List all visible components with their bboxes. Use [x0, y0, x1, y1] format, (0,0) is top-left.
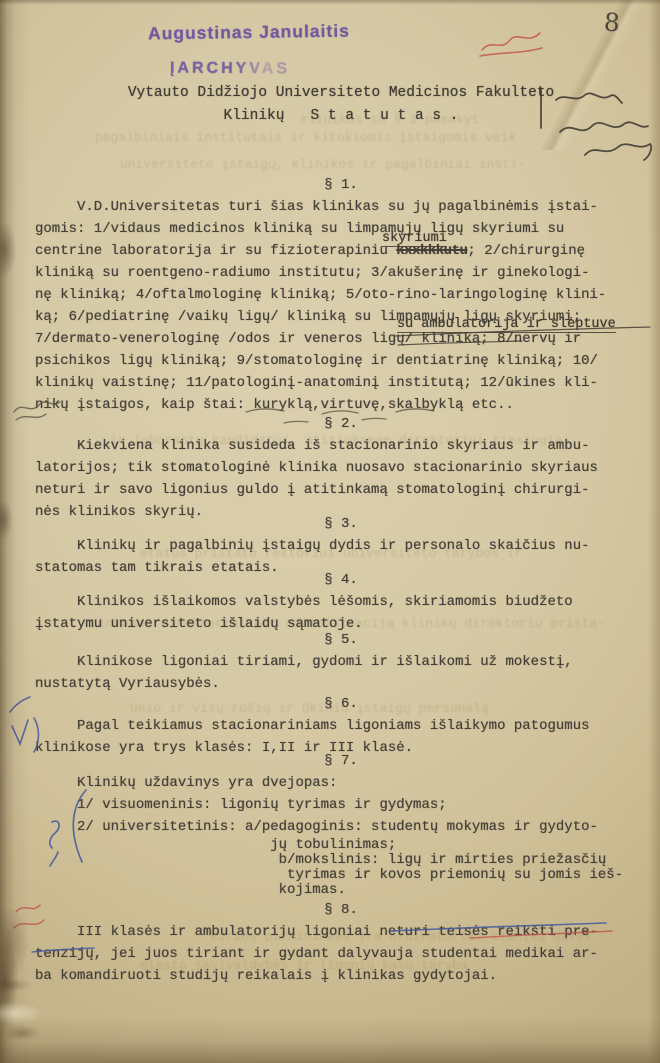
typewritten-line: Klinikų ir pagalbinių įstaigų dydis ir p…: [35, 535, 647, 557]
page-edge-bottom: [0, 1017, 660, 1063]
typewritten-line: latorijos; tik stomatologinė klinika nuo…: [35, 457, 647, 479]
typewritten-line: kliniką su roentgeno-radiumo institutu; …: [35, 262, 647, 284]
line-segment: 2/ universitetinis: a/pedagoginis: stude…: [35, 819, 598, 835]
line-segment: b/mokslinis: ligų ir mirties priežasčių: [35, 852, 606, 868]
line-segment: Klinikose ligoniai tiriami, gydomi ir iš…: [35, 654, 573, 670]
section-1: § 1. V.D.Universitetas turi šias klinika…: [35, 174, 647, 416]
section-heading: § 1.: [35, 174, 647, 196]
typed-insertion-skyriumi: skyriumi: [382, 232, 447, 247]
typed-insertion-ambulatorija: su ambulatorija ir slėptuve: [397, 318, 616, 333]
line-segment: tyrimas ir kovos priemonių su jomis ieš-: [35, 867, 623, 883]
section-2: § 2. Kiekviena klinika susideda iš staci…: [35, 413, 647, 523]
line-segment: latorijos; tik stomatologinė klinika nuo…: [35, 460, 598, 476]
typewritten-line: psichikos ligų kliniką; 9/stomatologinę …: [35, 350, 647, 372]
typewritten-line: nustatytą Vyriausybės.: [35, 673, 647, 695]
section-heading: § 5.: [35, 629, 647, 651]
typewritten-line: Klinikos išlaikomos valstybės lėšomis, s…: [35, 591, 647, 613]
page-edge-top: [0, 0, 660, 5]
line-segment: ; 2/chirurginę: [467, 243, 585, 259]
line-segment: kliniką su roentgeno-radiumo institutu; …: [35, 265, 590, 281]
line-segment: V.D.Universitetas turi šias klinikas su …: [35, 199, 598, 215]
scanned-document-page: klinikos su § 1 pasakytpagalbiniais inst…: [0, 0, 660, 1063]
line-segment: nę kliniką; 4/oftalmologinę kliniką; 5/o…: [35, 287, 606, 303]
typewritten-line: jų tobulinimas;: [35, 838, 647, 853]
page-edge-left: [0, 0, 30, 1063]
document-title-line2: Klinikų S t a t u t a s .: [35, 108, 647, 124]
section-heading: § 6.: [35, 693, 647, 715]
section-heading: § 4.: [35, 569, 647, 591]
line-segment: Klinikos išlaikomos valstybės lėšomis, s…: [35, 594, 573, 610]
typewritten-line: gomis: 1/vidaus medicinos kliniką su lim…: [35, 218, 647, 240]
line-segment: nustatytą Vyriausybės.: [35, 676, 220, 692]
line-segment: nikų įstaigos, kaip štai: kuryklą,virtuv…: [35, 397, 514, 413]
typewritten-line: V.D.Universitetas turi šias klinikas su …: [35, 196, 647, 218]
typewritten-line: Klinikų uždavinys yra dvejopas:: [35, 772, 647, 794]
page-edge-right: [648, 0, 660, 1063]
line-segment: klinikų vaistinę; 11/patologinį-anatomin…: [35, 375, 598, 391]
line-segment: jų tobulinimas;: [35, 837, 396, 853]
line-segment: tenzijų, jei juos tiriant ir gydant daly…: [35, 946, 598, 962]
typewritten-line: III klasės ir ambulatorijų ligoniai netu…: [35, 921, 647, 943]
line-segment: neturi ir savo ligonius guldo į atitinka…: [35, 482, 590, 498]
typewritten-line: neturi ir savo ligonius guldo į atitinka…: [35, 479, 647, 501]
red-pencil-note-top: [480, 33, 542, 56]
typewritten-line: tenzijų, jei juos tiriant ir gydant daly…: [35, 943, 647, 965]
typewritten-line: centrine laboratorija ir su fizioterapin…: [35, 240, 647, 262]
section-7: § 7. Klinikų uždavinys yra dvejopas: 1/ …: [35, 750, 647, 898]
typewritten-line: Pagal teikiamus stacionariniams ligoniam…: [35, 715, 647, 737]
section-heading: § 7.: [35, 750, 647, 772]
line-segment: kojimas.: [35, 882, 346, 898]
typewritten-line: Klinikose ligoniai tiriami, gydomi ir iš…: [35, 651, 647, 673]
typewritten-line: 1/ visuomeninis: ligonių tyrimas ir gydy…: [35, 794, 647, 816]
line-segment: III klasės ir ambulatorijų ligoniai netu…: [35, 924, 598, 940]
page-corner-fold: [520, 0, 660, 150]
archive-stamp: ĮARCHYVAS: [170, 60, 290, 79]
typewritten-line: 2/ universitetinis: a/pedagoginis: stude…: [35, 816, 647, 838]
line-segment: Klinikų ir pagalbinių įstaigų dydis ir p…: [35, 538, 590, 554]
handwritten-page-number: 8: [603, 7, 621, 37]
typewritten-line: b/mokslinis: ligų ir mirties priežasčių: [35, 853, 647, 868]
typewritten-line: ba komandiruoti studijų reikalais į klin…: [35, 965, 647, 987]
ghost-text-line: universiteto įstaigų, klinikos ir pagalb…: [120, 157, 526, 172]
owner-stamp: Augustinas Janulaitis: [148, 21, 350, 45]
section-8: § 8. III klasės ir ambulatorijų ligoniai…: [35, 899, 647, 987]
ghost-text-line: pagalbiniais institutais ir kitokiomis į…: [95, 130, 516, 145]
section-5: § 5. Klinikose ligoniai tiriami, gydomi …: [35, 629, 647, 695]
line-segment: gomis: 1/vidaus medicinos kliniką su lim…: [35, 221, 564, 237]
typewritten-line: nę kliniką; 4/oftalmologinę kliniką; 5/o…: [35, 284, 647, 306]
section-heading: § 8.: [35, 899, 647, 921]
section-heading: § 2.: [35, 413, 647, 435]
typewritten-line: kojimas.: [35, 883, 647, 898]
line-segment: 7/dermato-venerologinę /odos ir veneros …: [35, 331, 581, 347]
section-heading: § 3.: [35, 513, 647, 535]
line-segment: Klinikų uždavinys yra dvejopas:: [35, 775, 337, 791]
line-segment: Pagal teikiamus stacionariniams ligoniam…: [35, 718, 590, 734]
typewritten-line: Kiekviena klinika susideda iš stacionari…: [35, 435, 647, 457]
document-title-line1: Vytauto Didžiojo Universiteto Medicinos …: [35, 85, 647, 101]
section-4: § 4. Klinikos išlaikomos valstybės lėšom…: [35, 569, 647, 635]
line-segment: ba komandiruoti studijų reikalais į klin…: [35, 968, 497, 984]
typewritten-line: tyrimas ir kovos priemonių su jomis ieš-: [35, 868, 647, 883]
line-segment: 1/ visuomeninis: ligonių tyrimas ir gydy…: [35, 797, 447, 813]
line-segment: centrine laboratorija ir su fizioterapin…: [35, 243, 396, 259]
typewritten-line: klinikų vaistinę; 11/patologinį-anatomin…: [35, 372, 647, 394]
line-segment: Kiekviena klinika susideda iš stacionari…: [35, 438, 590, 454]
line-segment: psichikos ligų kliniką; 9/stomatologinę …: [35, 353, 598, 369]
